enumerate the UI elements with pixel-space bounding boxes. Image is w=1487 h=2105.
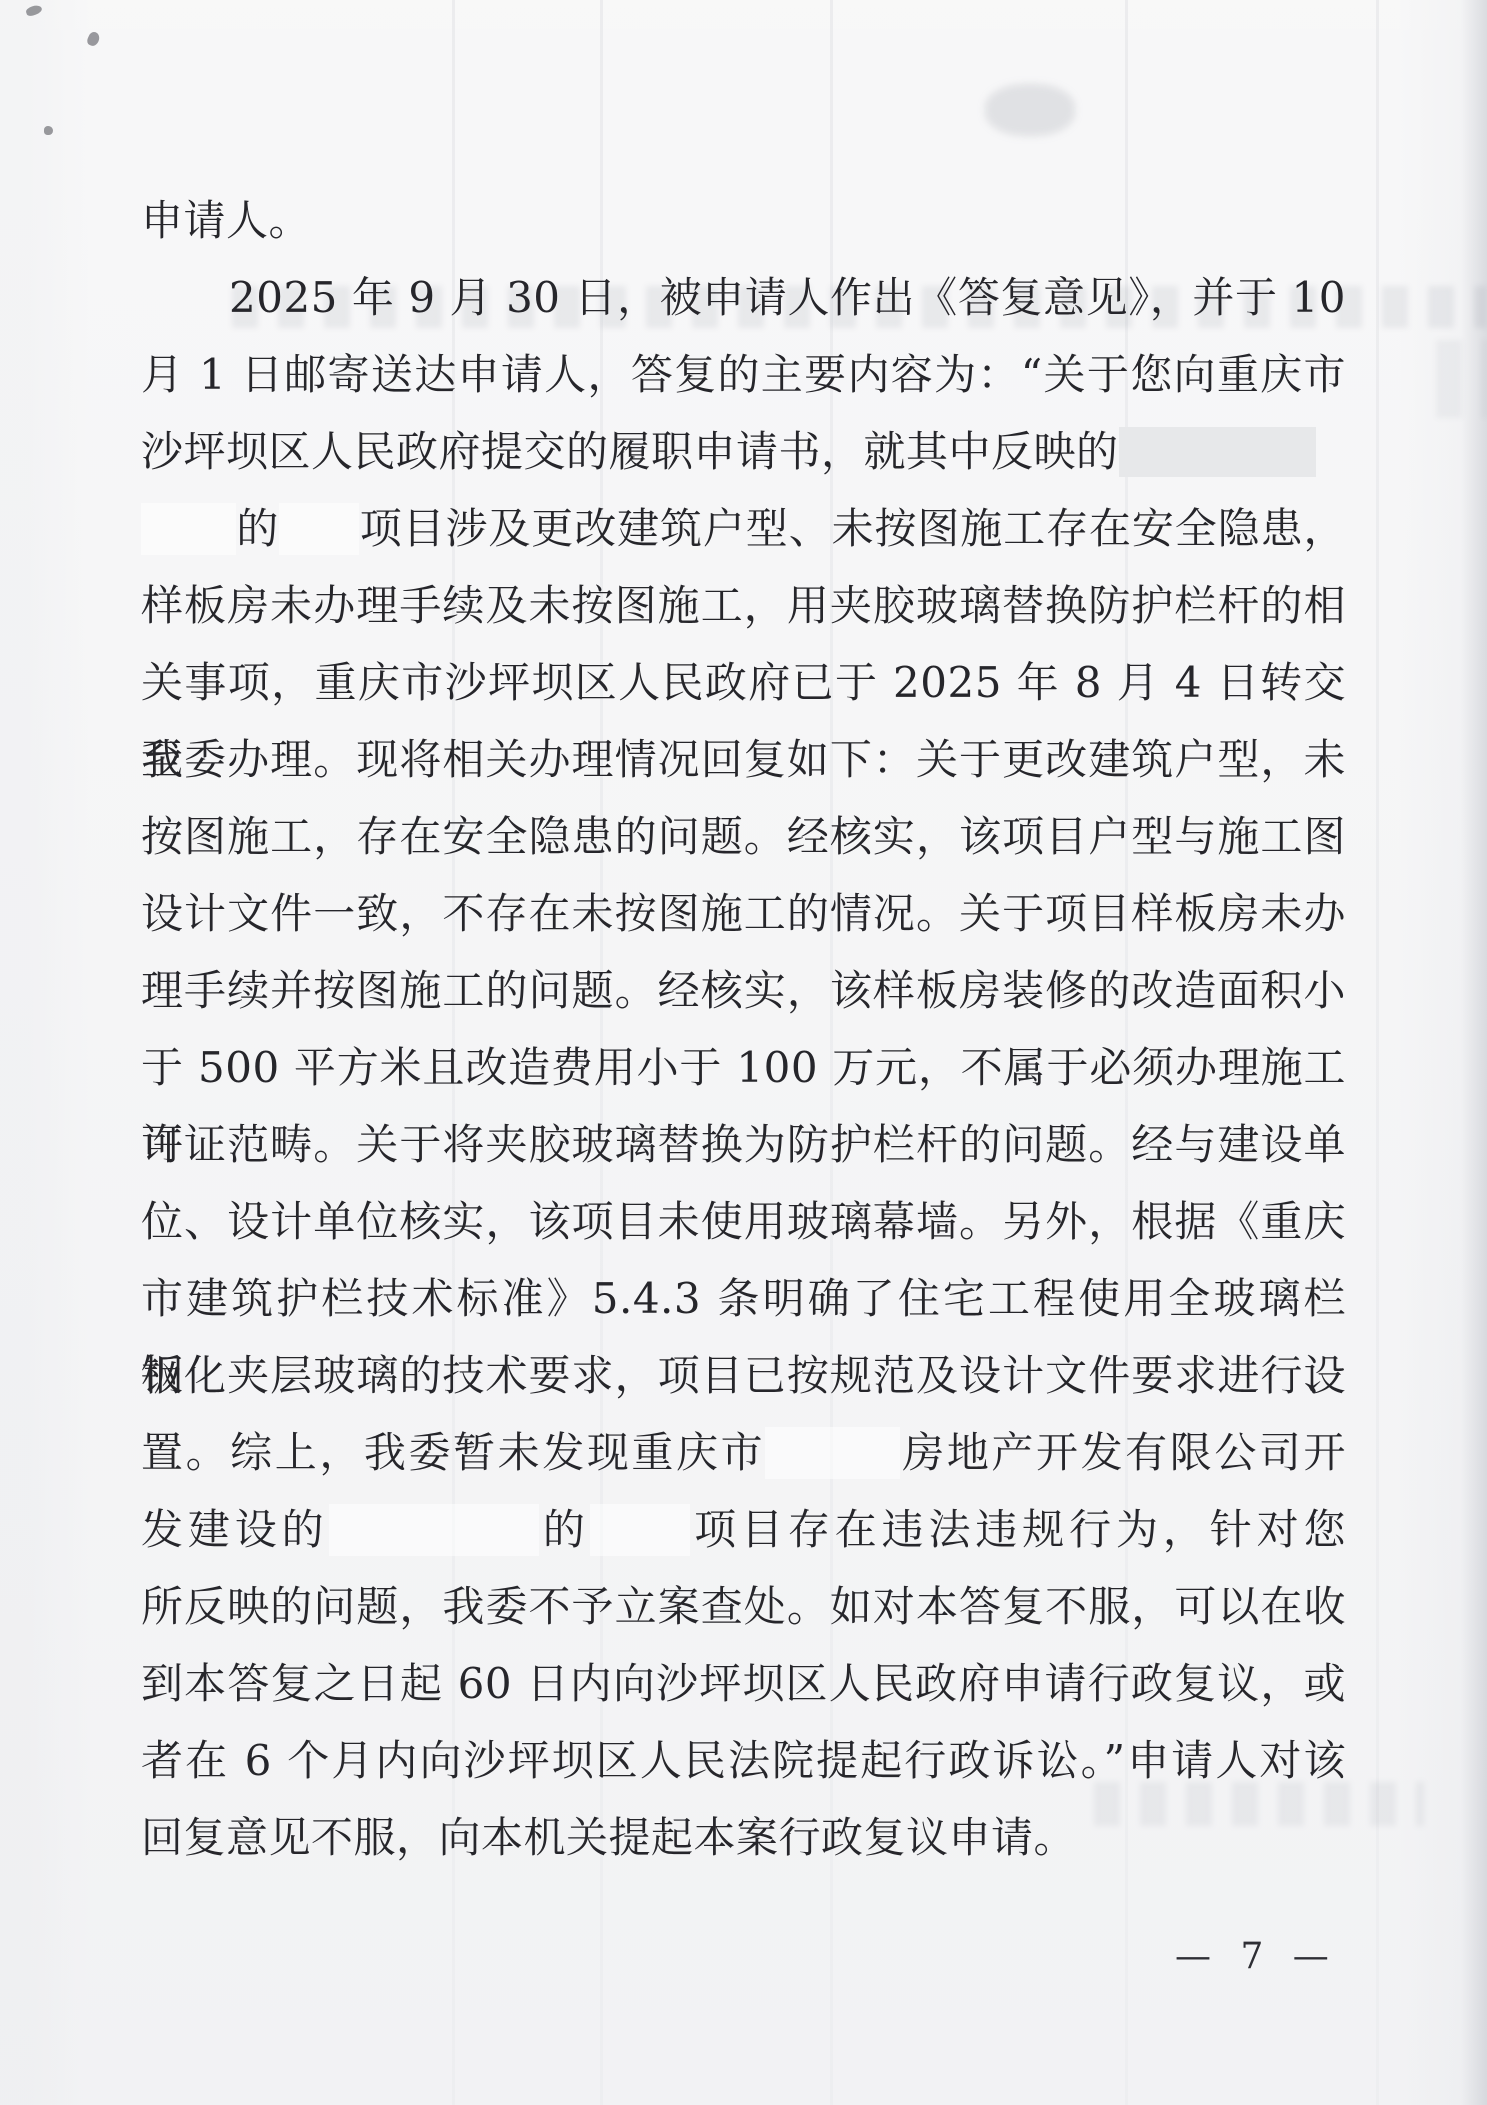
text-line-13: 可证范畴。关于将夹胶玻璃替换为防护栏杆的问题。经与建设单: [141, 1106, 1346, 1183]
text-line-14: 位、设计单位核实，该项目未使用玻璃幕墙。另外，根据《重庆: [141, 1183, 1346, 1260]
text-line-18: 发建设的的项目存在违法违规行为，针对您: [141, 1491, 1346, 1568]
text-line-16: 钢化夹层玻璃的技术要求，项目已按规范及设计文件要求进行设: [141, 1337, 1346, 1414]
text-segment: 月 1 日邮寄送达申请人，答复的主要内容为：“关于您向重庆市: [141, 350, 1346, 399]
document-page: 申请人。2025 年 9 月 30 日，被申请人作出《答复意见》，并于 10月 …: [0, 0, 1487, 2105]
whiteout-gap: [590, 1504, 690, 1556]
text-segment: 发建设的: [141, 1505, 329, 1554]
text-segment: 按图施工，存在安全隐患的问题。经核实，该项目户型与施工图: [141, 812, 1346, 861]
text-line-1: 申请人。: [141, 182, 1346, 259]
text-line-9: 按图施工，存在安全隐患的问题。经核实，该项目户型与施工图: [141, 798, 1346, 875]
whiteout-gap: [329, 1504, 539, 1556]
ink-speck: [44, 126, 53, 135]
text-line-8: 我委办理。现将相关办理情况回复如下：关于更改建筑户型，未: [141, 721, 1346, 798]
text-segment: 钢化夹层玻璃的技术要求，项目已按规范及设计文件要求进行设: [141, 1351, 1346, 1400]
text-segment: 可证范畴。关于将夹胶玻璃替换为防护栏杆的问题。经与建设单: [141, 1120, 1346, 1169]
bleed-through-smudge: [985, 84, 1075, 136]
text-line-5: 的项目涉及更改建筑户型、未按图施工存在安全隐患，: [141, 490, 1346, 567]
text-line-10: 设计文件一致，不存在未按图施工的情况。关于项目样板房未办: [141, 875, 1346, 952]
ink-speck: [86, 30, 102, 47]
page-edge-shadow: [1461, 0, 1487, 2105]
text-segment: 我委办理。现将相关办理情况回复如下：关于更改建筑户型，未: [141, 735, 1346, 784]
text-segment: 置。综上，我委暂未发现重庆市: [141, 1428, 765, 1477]
text-line-2: 2025 年 9 月 30 日，被申请人作出《答复意见》，并于 10: [141, 259, 1346, 336]
text-line-6: 样板房未办理手续及未按图施工，用夹胶玻璃替换防护栏杆的相: [141, 567, 1346, 644]
document-body: 申请人。2025 年 9 月 30 日，被申请人作出《答复意见》，并于 10月 …: [141, 182, 1346, 1876]
redaction-block: [1119, 427, 1316, 477]
text-segment: 申请人。: [141, 196, 311, 245]
text-segment: 者在 6 个月内向沙坪坝区人民法院提起行政诉讼。”申请人对该: [141, 1736, 1346, 1785]
text-line-15: 市建筑护栏技术标准》5.4.3 条明确了住宅工程使用全玻璃栏板、: [141, 1260, 1346, 1337]
text-segment: 所反映的问题，我委不予立案查处。如对本答复不服，可以在收: [141, 1582, 1346, 1631]
scan-band: [1376, 0, 1379, 2105]
ink-speck: [25, 4, 43, 18]
text-segment: 沙坪坝区人民政府提交的履职申请书，就其中反映的: [141, 427, 1119, 476]
text-line-11: 理手续并按图施工的问题。经核实，该样板房装修的改造面积小: [141, 952, 1346, 1029]
text-line-12: 于 500 平方米且改造费用小于 100 万元，不属于必须办理施工许: [141, 1029, 1346, 1106]
text-line-17: 置。综上，我委暂未发现重庆市房地产开发有限公司开: [141, 1414, 1346, 1491]
text-segment: 样板房未办理手续及未按图施工，用夹胶玻璃替换防护栏杆的相: [141, 581, 1346, 630]
page-number: — 7 —: [1175, 1936, 1338, 1977]
text-segment: 的: [236, 504, 279, 553]
text-segment: 项目存在违法违规行为，针对您: [690, 1505, 1346, 1554]
text-line-3: 月 1 日邮寄送达申请人，答复的主要内容为：“关于您向重庆市: [141, 336, 1346, 413]
text-segment: 理手续并按图施工的问题。经核实，该样板房装修的改造面积小: [141, 966, 1346, 1015]
bleed-through-band: [1436, 340, 1487, 418]
text-segment: 项目涉及更改建筑户型、未按图施工存在安全隐患，: [359, 504, 1346, 553]
text-line-4: 沙坪坝区人民政府提交的履职申请书，就其中反映的: [141, 413, 1346, 490]
text-segment: 到本答复之日起 60 日内向沙坪坝区人民政府申请行政复议，或: [141, 1659, 1346, 1708]
text-segment: 的: [539, 1505, 590, 1554]
text-segment: 位、设计单位核实，该项目未使用玻璃幕墙。另外，根据《重庆: [141, 1197, 1346, 1246]
text-line-21: 者在 6 个月内向沙坪坝区人民法院提起行政诉讼。”申请人对该: [141, 1722, 1346, 1799]
whiteout-gap: [279, 503, 359, 555]
text-segment: 房地产开发有限公司开: [900, 1428, 1346, 1477]
whiteout-gap: [765, 1427, 900, 1479]
text-line-20: 到本答复之日起 60 日内向沙坪坝区人民政府申请行政复议，或: [141, 1645, 1346, 1722]
whiteout-gap: [141, 503, 236, 555]
text-segment: 设计文件一致，不存在未按图施工的情况。关于项目样板房未办: [141, 889, 1346, 938]
text-segment: 回复意见不服，向本机关提起本案行政复议申请。: [141, 1813, 1076, 1862]
text-segment: 2025 年 9 月 30 日，被申请人作出《答复意见》，并于 10: [229, 273, 1346, 322]
text-line-22: 回复意见不服，向本机关提起本案行政复议申请。: [141, 1799, 1346, 1876]
text-line-7: 关事项，重庆市沙坪坝区人民政府已于 2025 年 8 月 4 日转交至: [141, 644, 1346, 721]
text-line-19: 所反映的问题，我委不予立案查处。如对本答复不服，可以在收: [141, 1568, 1346, 1645]
